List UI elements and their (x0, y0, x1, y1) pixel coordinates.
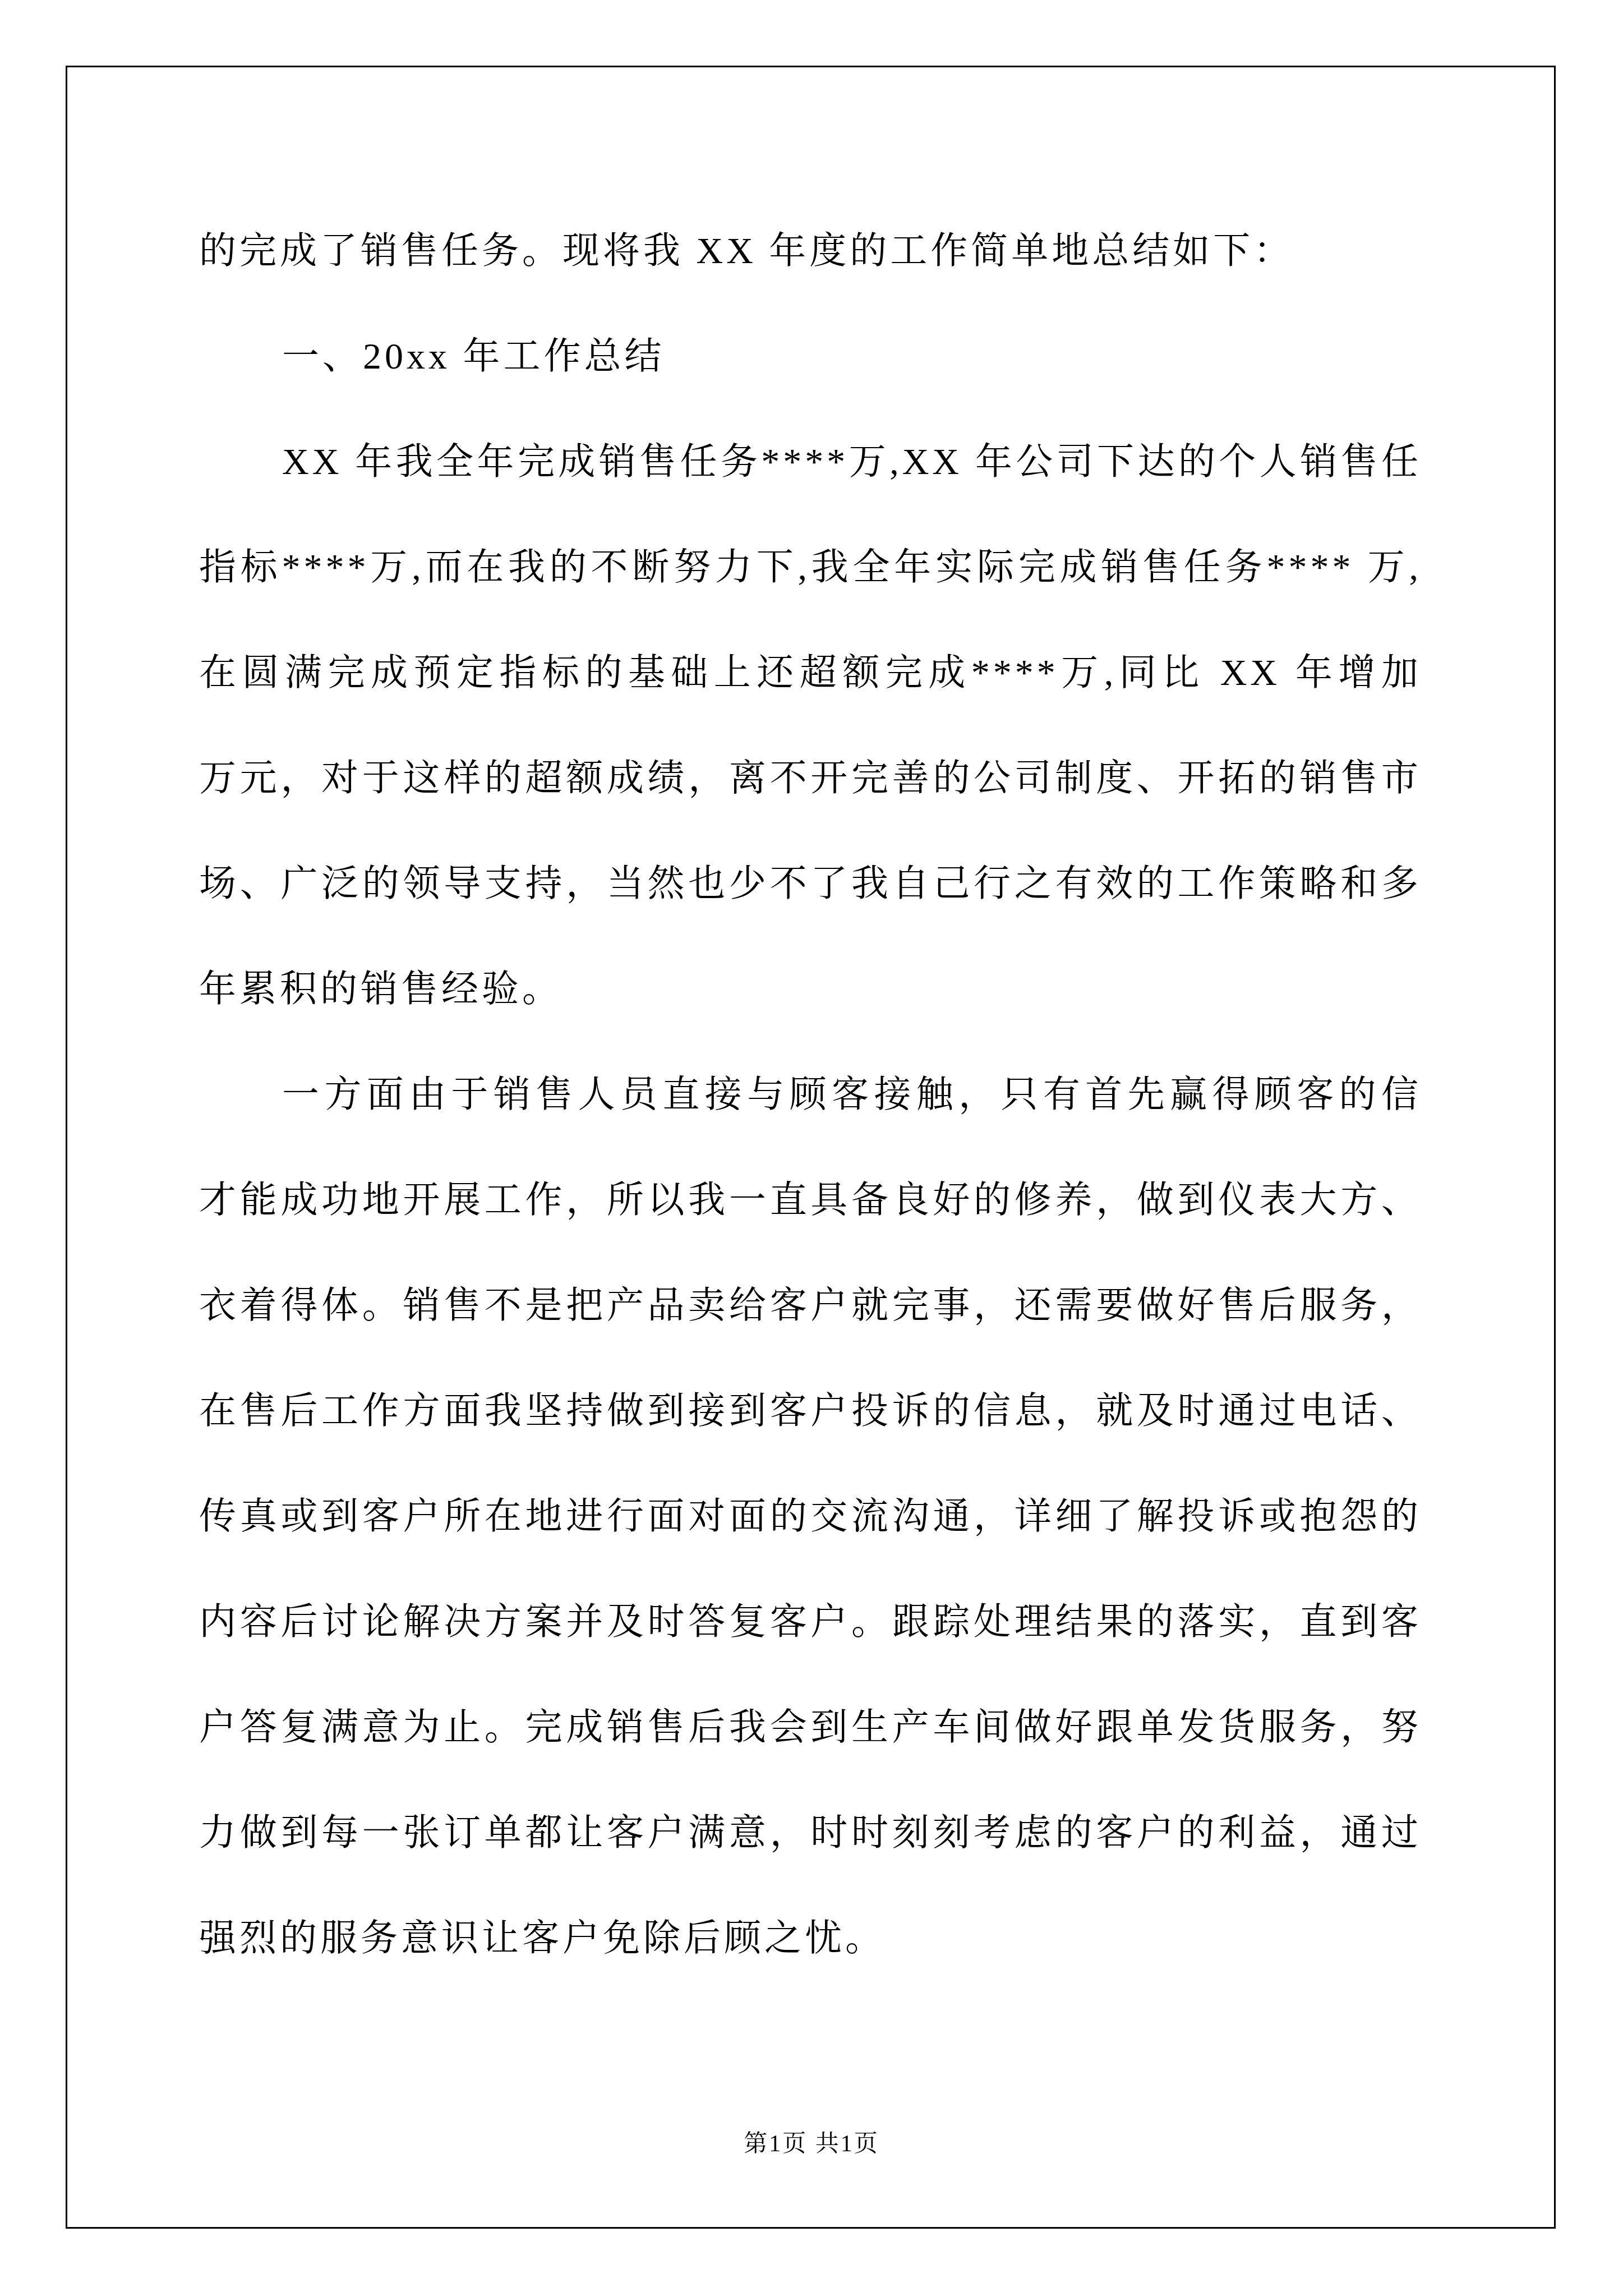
text-line-1: 的完成了销售任务。现将我 XX 年度的工作简单地总结如下： (199, 199, 1422, 304)
document-body: 的完成了销售任务。现将我 XX 年度的工作简单地总结如下： 一、20xx 年工作… (199, 199, 1422, 1991)
text-line-2: 一、20xx 年工作总结 (199, 304, 1422, 409)
text-line-8: 年累积的销售经验。 (199, 937, 1422, 1042)
text-line-3: XX 年我全年完成销售任务****万,XX 年公司下达的个人销售任务 (199, 409, 1422, 515)
document-page: 的完成了销售任务。现将我 XX 年度的工作简单地总结如下： 一、20xx 年工作… (0, 0, 1623, 2296)
text-line-4: 指标****万,而在我的不断努力下,我全年实际完成销售任务**** 万, (199, 515, 1422, 620)
text-line-13: 传真或到客户所在地进行面对面的交流沟通，详细了解投诉或抱怨的 (199, 1464, 1422, 1570)
text-line-6: 万元，对于这样的超额成绩，离不开完善的公司制度、开拓的销售市 (199, 726, 1422, 831)
text-line-15: 户答复满意为止。完成销售后我会到生产车间做好跟单发货服务，努 (199, 1675, 1422, 1780)
text-line-16: 力做到每一张订单都让客户满意，时时刻刻考虑的客户的利益，通过 (199, 1780, 1422, 1886)
text-line-17: 强烈的服务意识让客户免除后顾之忧。 (199, 1886, 1422, 1991)
text-line-9: 一方面由于销售人员直接与顾客接触，只有首先赢得顾客的信任， (199, 1042, 1422, 1148)
page-footer: 第1页 共1页 (0, 2122, 1623, 2166)
text-line-7: 场、广泛的领导支持，当然也少不了我自己行之有效的工作策略和多 (199, 831, 1422, 937)
text-line-10: 才能成功地开展工作，所以我一直具备良好的修养，做到仪表大方、 (199, 1148, 1422, 1253)
text-line-5: 在圆满完成预定指标的基础上还超额完成****万,同比 XX 年增加**** (199, 620, 1422, 726)
text-line-12: 在售后工作方面我坚持做到接到客户投诉的信息，就及时通过电话、 (199, 1359, 1422, 1464)
text-line-11: 衣着得体。销售不是把产品卖给客户就完事，还需要做好售后服务， (199, 1253, 1422, 1359)
text-line-14: 内容后讨论解决方案并及时答复客户。跟踪处理结果的落实，直到客 (199, 1570, 1422, 1675)
